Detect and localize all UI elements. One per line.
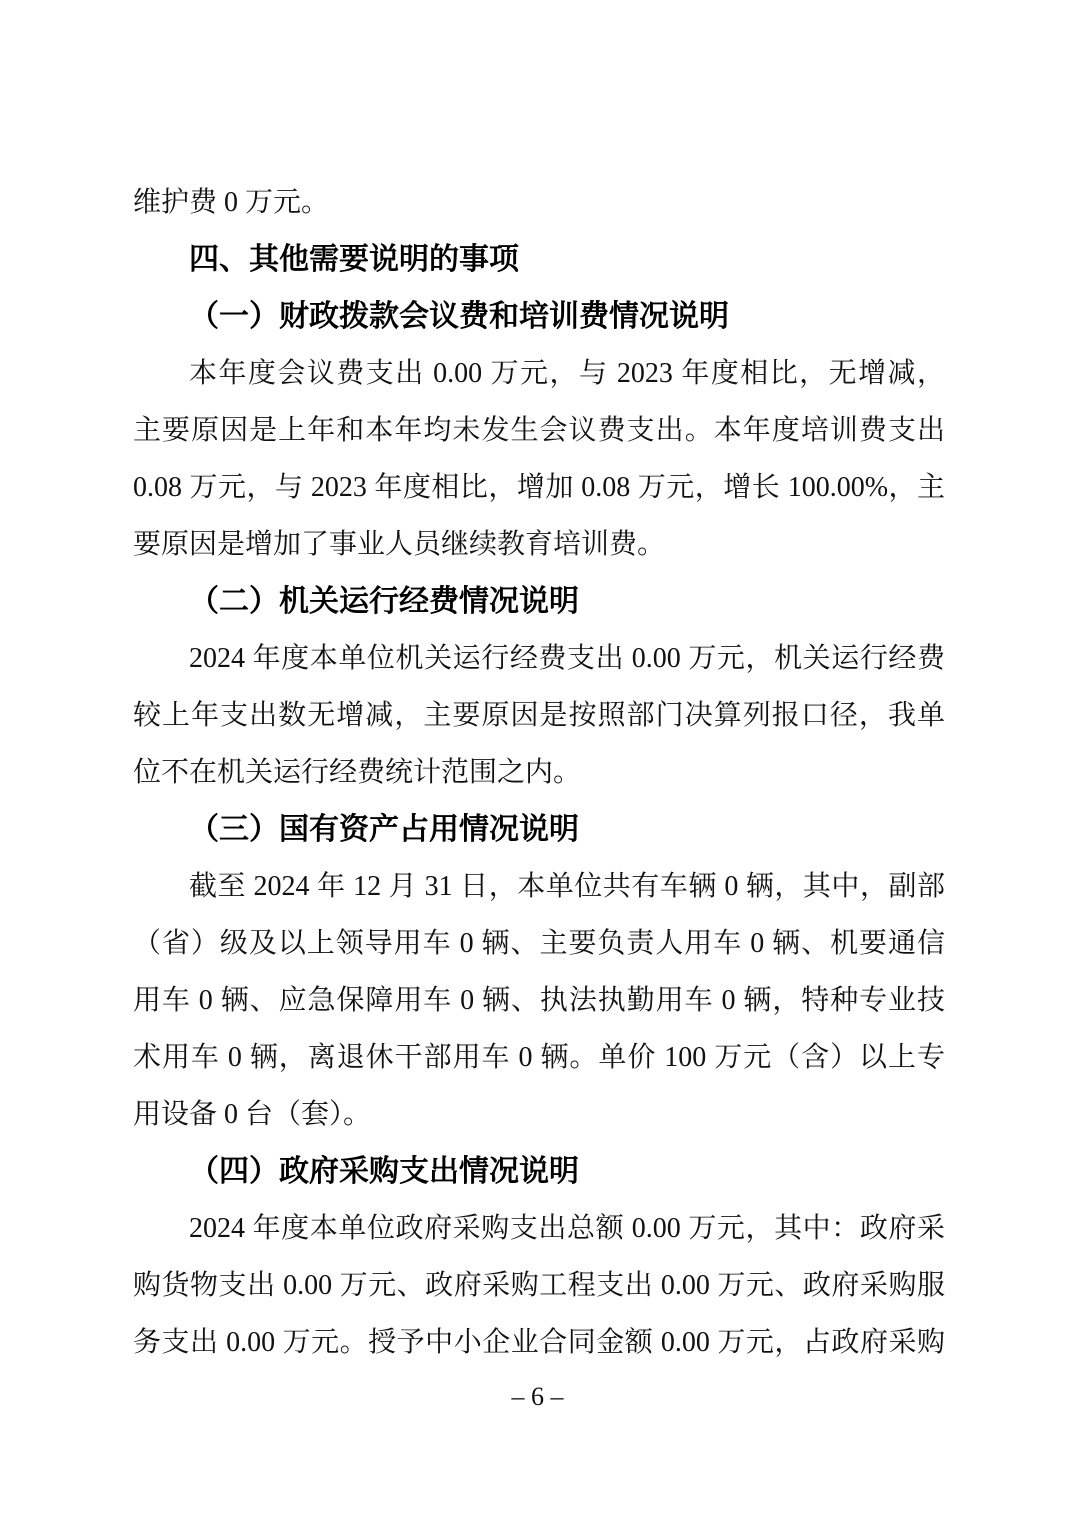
subsection-government-procurement: （四）政府采购支出情况说明 2024 年度本单位政府采购支出总额 0.00 万元… <box>133 1143 945 1371</box>
subsection-paragraph: 2024 年度本单位机关运行经费支出 0.00 万元，机关运行经费较上年支出数无… <box>133 630 945 801</box>
text-line: 用设备 0 台（套）。 <box>133 1086 945 1143</box>
subsection-heading: （一）财政拨款会议费和培训费情况说明 <box>133 288 945 345</box>
text-line: 2024 年度本单位政府采购支出总额 0.00 万元，其中：政府采 <box>133 1200 945 1257</box>
text-line: 术用车 0 辆，离退休干部用车 0 辆。单价 100 万元（含）以上专 <box>133 1029 945 1086</box>
text-line: 维护费 0 万元。 <box>133 174 945 231</box>
carryover-paragraph: 维护费 0 万元。 <box>133 174 945 231</box>
text-line: 较上年支出数无增减，主要原因是按照部门决算列报口径，我单 <box>133 687 945 744</box>
document-page: 维护费 0 万元。 四、其他需要说明的事项 （一）财政拨款会议费和培训费情况说明… <box>0 0 1075 1520</box>
page-content: 维护费 0 万元。 四、其他需要说明的事项 （一）财政拨款会议费和培训费情况说明… <box>133 174 945 1371</box>
text-line: 2024 年度本单位机关运行经费支出 0.00 万元，机关运行经费 <box>133 630 945 687</box>
text-line: （省）级及以上领导用车 0 辆、主要负责人用车 0 辆、机要通信 <box>133 915 945 972</box>
text-line: 位不在机关运行经费统计范围之内。 <box>133 744 945 801</box>
subsection-heading: （二）机关运行经费情况说明 <box>133 573 945 630</box>
text-line: 主要原因是上年和本年均未发生会议费支出。本年度培训费支出 <box>133 402 945 459</box>
text-line: 本年度会议费支出 0.00 万元，与 2023 年度相比，无增减， <box>133 345 945 402</box>
text-line: 截至 2024 年 12 月 31 日，本单位共有车辆 0 辆，其中，副部 <box>133 858 945 915</box>
subsection-state-assets: （三）国有资产占用情况说明 截至 2024 年 12 月 31 日，本单位共有车… <box>133 801 945 1143</box>
text-line: 务支出 0.00 万元。授予中小企业合同金额 0.00 万元，占政府采购 <box>133 1314 945 1371</box>
subsection-operating-expenses: （二）机关运行经费情况说明 2024 年度本单位机关运行经费支出 0.00 万元… <box>133 573 945 801</box>
text-line: 要原因是增加了事业人员继续教育培训费。 <box>133 516 945 573</box>
subsection-heading: （四）政府采购支出情况说明 <box>133 1143 945 1200</box>
subsection-heading: （三）国有资产占用情况说明 <box>133 801 945 858</box>
page-number: – 6 – <box>0 1371 1075 1423</box>
main-section-heading: 四、其他需要说明的事项 <box>133 231 945 288</box>
subsection-paragraph: 截至 2024 年 12 月 31 日，本单位共有车辆 0 辆，其中，副部（省）… <box>133 858 945 1143</box>
text-line: 用车 0 辆、应急保障用车 0 辆、执法执勤用车 0 辆，特种专业技 <box>133 972 945 1029</box>
subsection-paragraph: 2024 年度本单位政府采购支出总额 0.00 万元，其中：政府采购货物支出 0… <box>133 1200 945 1371</box>
text-line: 0.08 万元，与 2023 年度相比，增加 0.08 万元，增长 100.00… <box>133 459 945 516</box>
subsection-paragraph: 本年度会议费支出 0.00 万元，与 2023 年度相比，无增减，主要原因是上年… <box>133 345 945 573</box>
subsection-meeting-training-fees: （一）财政拨款会议费和培训费情况说明 本年度会议费支出 0.00 万元，与 20… <box>133 288 945 573</box>
text-line: 购货物支出 0.00 万元、政府采购工程支出 0.00 万元、政府采购服 <box>133 1257 945 1314</box>
